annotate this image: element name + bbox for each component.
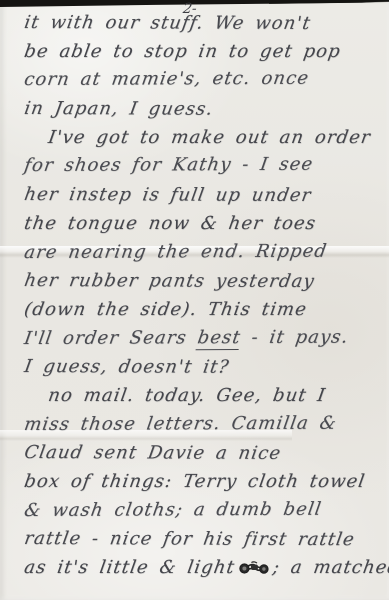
handwritten-line: (down the side). This time (22, 296, 389, 325)
handwritten-letter-body: it with our stuff. We won't be able to s… (22, 9, 385, 583)
scanned-letter-page: 2- it with our stuff. We won't be able t… (0, 0, 389, 600)
handwritten-line: her rubber pants yesterday (22, 267, 389, 297)
handwritten-line: her instep is full up under (22, 181, 389, 211)
handwritten-line: the tongue now & her toes (22, 210, 389, 239)
handwritten-line: in Japan, I guess. (22, 95, 389, 125)
line-text: - it pays. (239, 326, 350, 347)
handwritten-line: & wash cloths; a dumb bell (22, 495, 389, 525)
handwritten-line: I've got to make out an order (22, 124, 389, 153)
handwritten-line: no mail. today. Gee, but I (22, 382, 389, 411)
line-text: ; a matched (271, 557, 389, 578)
handwritten-line: I guess, doesn't it? (22, 353, 389, 383)
handwritten-line: corn at mamie's, etc. once (22, 65, 389, 95)
handwritten-line: be able to stop in to get pop (22, 38, 389, 67)
handwritten-line: I'll order Sears best - it pays. (22, 323, 389, 353)
underlined-word: best (196, 327, 243, 350)
line-text: I'll order Sears (23, 327, 200, 349)
handwritten-line: as it's little & light ; a matched (22, 554, 389, 583)
handwritten-line: rattle - nice for his first rattle (22, 525, 389, 555)
handwritten-line: Claud sent Davie a nice (22, 439, 389, 469)
handwritten-line: box of things: Terry cloth towel (22, 468, 389, 497)
handwritten-line: it with our stuff. We won't (22, 9, 389, 39)
handwritten-line: are nearing the end. Ripped (22, 237, 389, 267)
handwritten-line: miss those letters. Camilla & (22, 409, 389, 439)
line-text: as it's little & light (23, 557, 237, 578)
dumbbell-rattle-doodle-icon (238, 559, 270, 576)
handwritten-line: for shoes for Kathy - I see (22, 151, 389, 181)
